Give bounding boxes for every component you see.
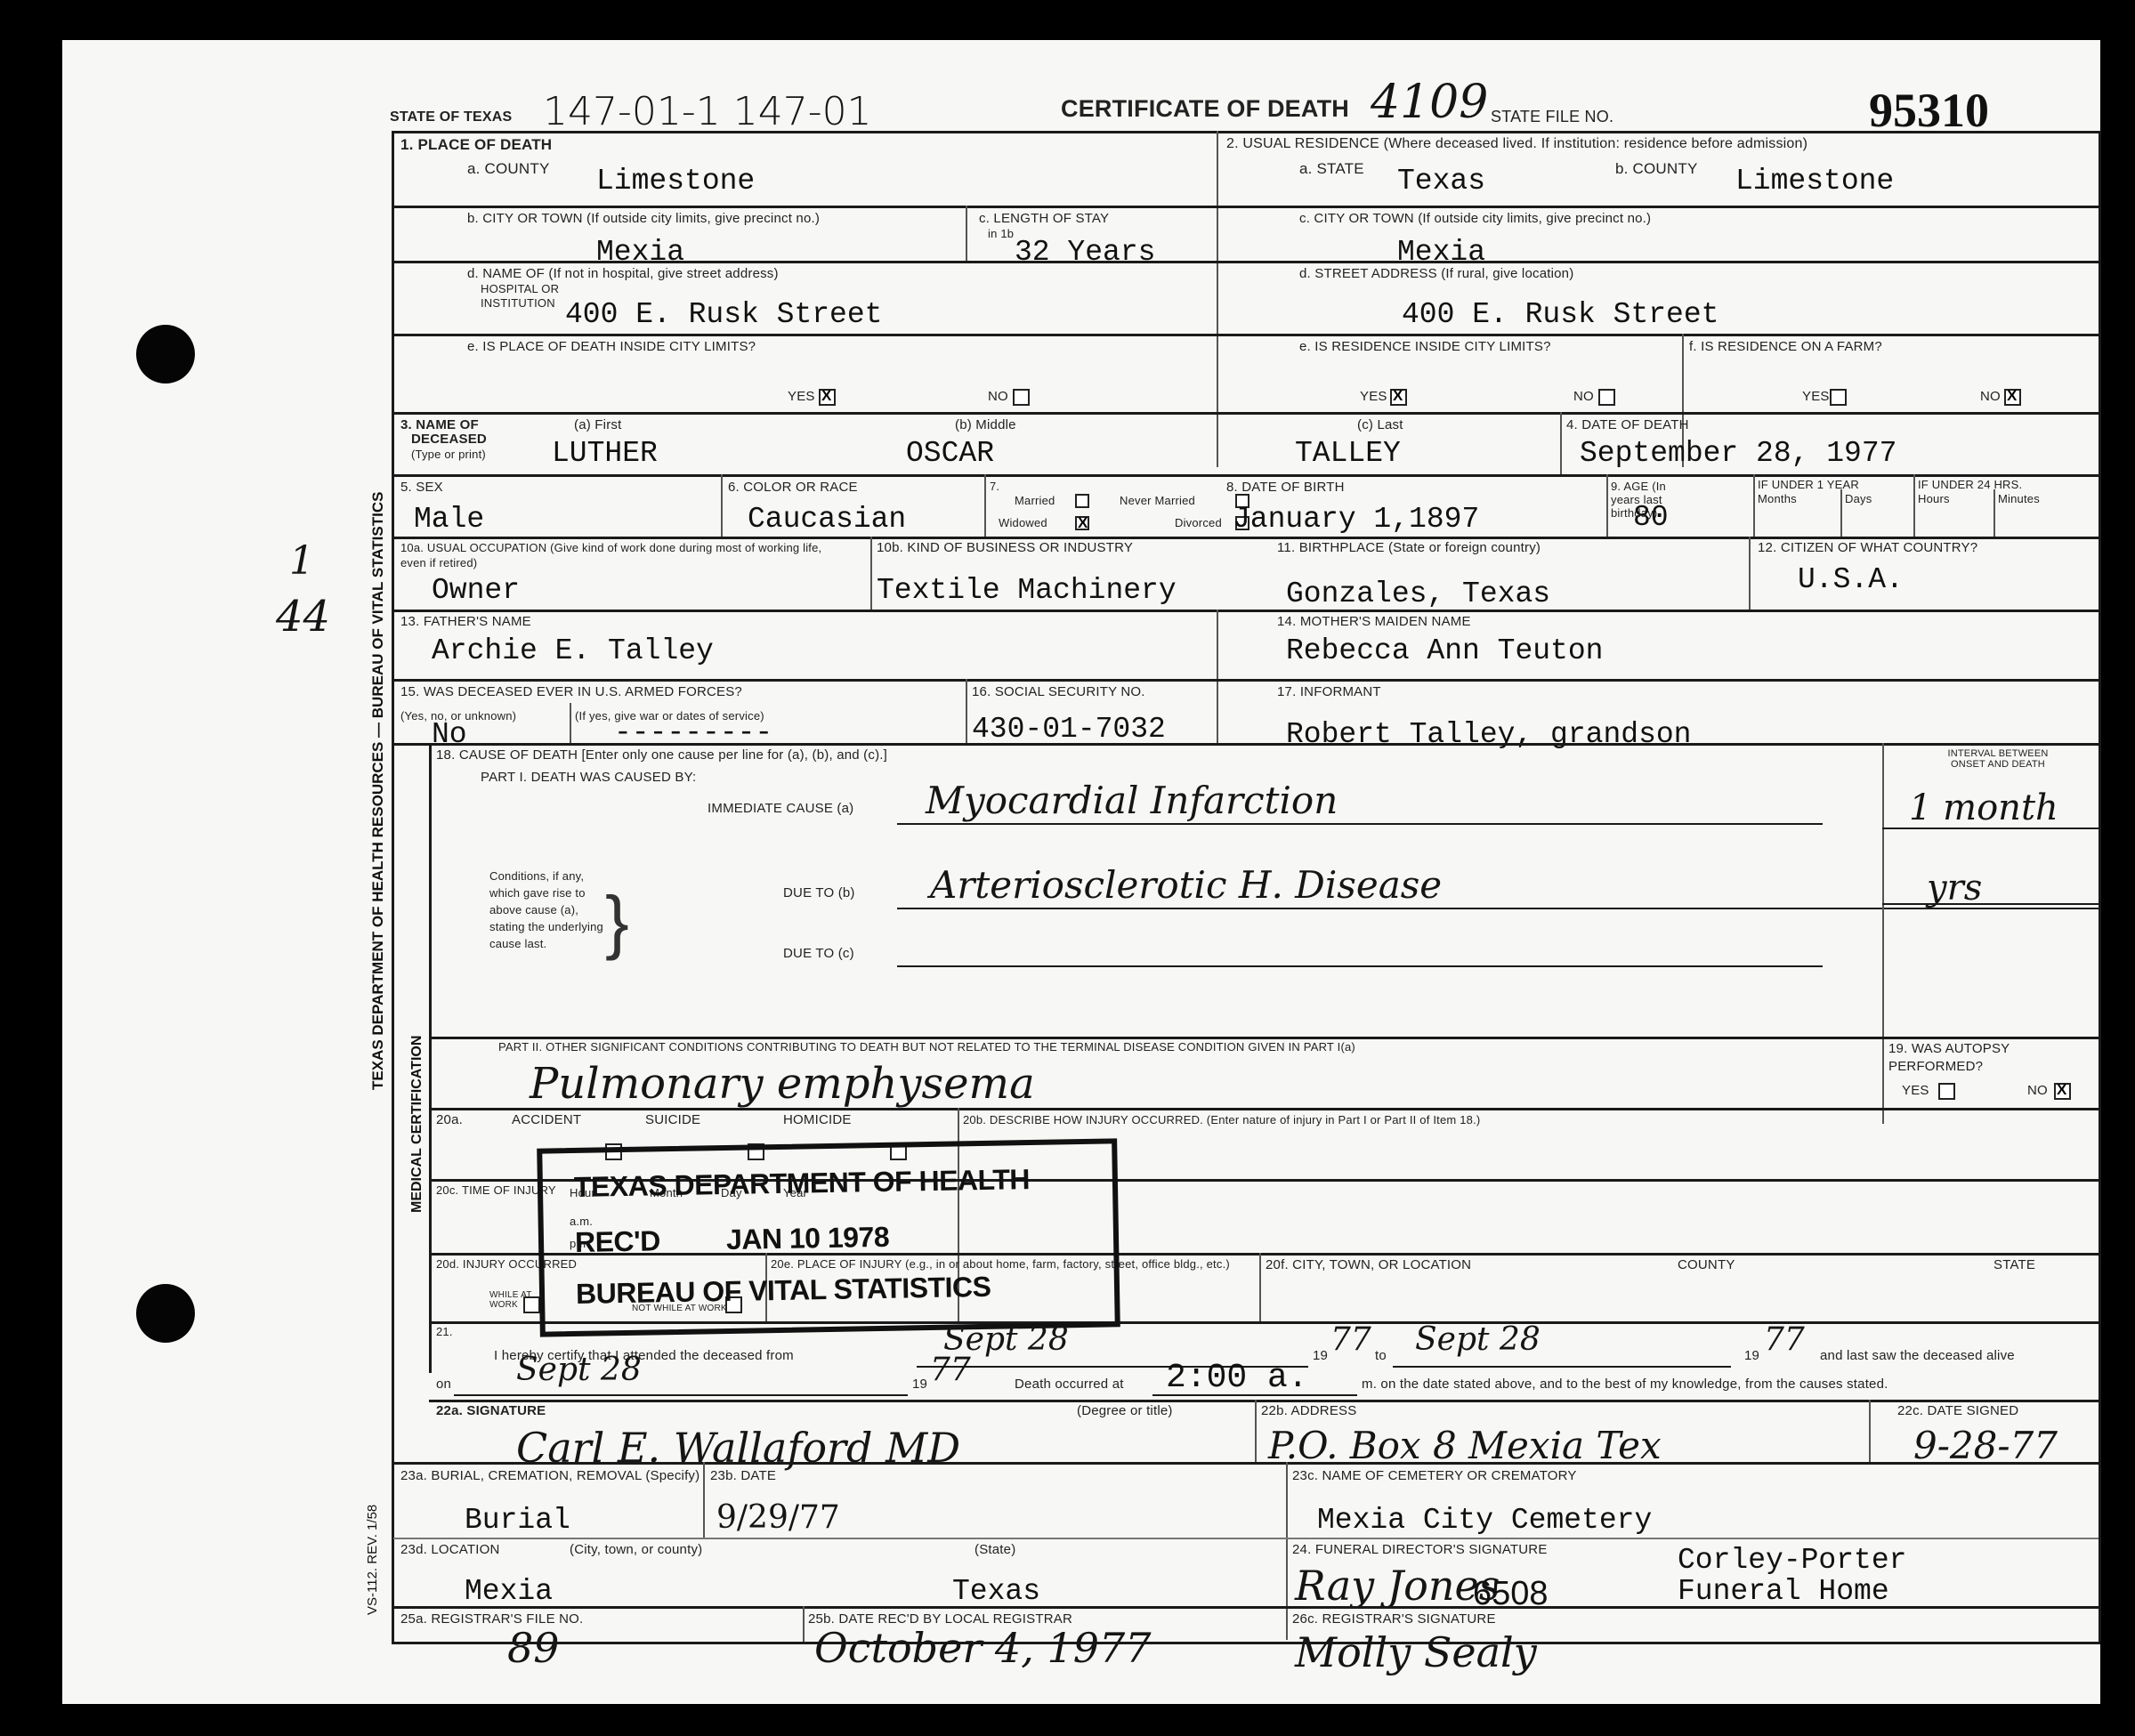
married-label: Married [1015,494,1055,507]
widowed-checkbox[interactable] [1075,516,1089,530]
death-inside-limits-no-checkbox[interactable] [1013,389,1030,406]
from-year-prefix: 19 [1313,1348,1328,1363]
no-label: NO [1980,389,2001,404]
death-county-value: Limestone [596,165,755,198]
under-24-hours-label: IF UNDER 24 HRS. [1918,478,2022,491]
handwritten-codes: 147-01-1 147-01 [543,89,872,134]
race-value: Caucasian [748,503,906,536]
attended-to-date: Sept 28 [1415,1321,1541,1358]
part1-label: PART I. DEATH WAS CAUSED BY: [481,770,696,785]
burial-location-sublabel: (City, town, or county) [570,1542,702,1557]
brace-icon: } [605,881,629,963]
yes-label: YES [788,389,815,404]
residence-inside-limits-yes-checkbox[interactable] [1390,389,1407,406]
ssn-label: 16. SOCIAL SECURITY NO. [972,684,1145,699]
ssn-value: 430-01-7032 [972,713,1166,746]
cemetery-label: 23c. NAME OF CEMETERY OR CREMATORY [1292,1468,1577,1483]
informant-label: 17. INFORMANT [1277,684,1381,699]
citizen-label: 12. CITIZEN OF WHAT COUNTRY? [1758,540,1977,555]
part2-value: Pulmonary emphysema [530,1059,1035,1109]
funeral-director-signature: Ray Jones [1295,1562,1500,1610]
county-label: a. COUNTY [467,160,549,178]
state-file-label: STATE FILE NO. [1491,108,1613,126]
last-name-label: (c) Last [1357,417,1403,432]
death-occurred-at-label: Death occurred at [1015,1377,1124,1392]
punch-hole [136,1284,195,1343]
degree-label: (Degree or title) [1077,1403,1173,1418]
name-label-3: (Type or print) [411,448,486,461]
days-label: Days [1845,492,1872,505]
attended-from-year: 77 [1330,1321,1371,1358]
last-seen-text: and last saw the deceased alive [1820,1348,2015,1363]
informant-value: Robert Talley, grandson [1286,718,1691,751]
autopsy-no-checkbox[interactable] [2054,1083,2071,1100]
minutes-label: Minutes [1998,492,2040,505]
burial-location-state: Texas [952,1575,1040,1608]
date-of-death-value: September 28, 1977 [1580,437,1896,470]
residence-county-label: b. COUNTY [1615,160,1697,178]
middle-name-label: (b) Middle [955,417,1016,432]
armed-forces-label: 15. WAS DECEASED EVER IN U.S. ARMED FORC… [400,684,742,699]
attended-to-year: 77 [1764,1321,1805,1358]
injury-county-label: COUNTY [1678,1257,1735,1272]
accident-label: ACCIDENT [512,1112,581,1127]
death-inside-limits-yes-checkbox[interactable] [819,389,836,406]
physician-address: P.O. Box 8 Mexia Tex [1268,1424,1662,1467]
to-year-prefix: 19 [1744,1348,1759,1363]
length-of-stay-prefix: in 1b [988,227,1014,240]
injury-state-label: STATE [1993,1257,2035,1272]
agency-vertical-text: TEXAS DEPARTMENT OF HEALTH RESOURCES — B… [369,492,387,1090]
residence-county-value: Limestone [1735,165,1894,198]
institution-value: 400 E. Rusk Street [565,298,882,331]
stamp-line-3: BUREAU OF VITAL STATISTICS [576,1271,991,1311]
registrar-file-value: 89 [507,1624,560,1672]
autopsy-yes-checkbox[interactable] [1938,1083,1955,1100]
to-label: to [1375,1348,1387,1363]
date-signed-label: 22c. DATE SIGNED [1897,1403,2018,1418]
farm-label: f. IS RESIDENCE ON A FARM? [1689,339,1882,354]
industry-value: Textile Machinery [877,574,1177,607]
burial-location-label: 23d. LOCATION [400,1542,500,1557]
form-number: VS-112. REV. 1/58 [365,1505,380,1615]
inside-limits-label: e. IS PLACE OF DEATH INSIDE CITY LIMITS? [467,339,756,354]
sex-value: Male [414,503,484,536]
due-to-b-label: DUE TO (b) [783,885,855,900]
certification-number: 21. [436,1325,453,1338]
length-of-stay-label: c. LENGTH OF STAY [979,211,1109,226]
injury-type-label: 20a. [436,1112,463,1127]
no-label: NO [1573,389,1594,404]
disposition-method-value: Burial [465,1504,570,1537]
interval-a-value: 1 month [1909,787,2058,828]
describe-injury-label: 20b. DESCRIBE HOW INJURY OCCURRED. (Ente… [963,1113,1480,1126]
death-time-value: 2:00 a. [1166,1359,1308,1397]
industry-label: 10b. KIND OF BUSINESS OR INDUSTRY [877,540,1133,555]
registrar-signature: Molly Sealy [1295,1628,1537,1676]
autopsy-yes-label: YES [1902,1083,1929,1098]
suicide-label: SUICIDE [645,1112,700,1127]
mother-name-value: Rebecca Ann Teuton [1286,634,1603,667]
birthplace-value: Gonzales, Texas [1286,577,1550,610]
residence-inside-limits-label: e. IS RESIDENCE INSIDE CITY LIMITS? [1299,339,1551,354]
last-name-value: TALLEY [1295,437,1401,470]
yes-label: YES [1360,389,1387,404]
street-address-value: 400 E. Rusk Street [1402,298,1719,331]
place-of-death-label: 1. PLACE OF DEATH [400,136,552,154]
homicide-label: HOMICIDE [783,1112,852,1127]
last-seen-year: 77 [930,1352,971,1388]
residence-city-value: Mexia [1397,236,1485,269]
institution-label: d. NAME OF (If not in hospital, give str… [467,266,779,281]
injury-location-label: 20f. CITY, TOWN, OR LOCATION [1266,1257,1471,1272]
father-name-label: 13. FATHER'S NAME [400,614,531,629]
stamp-line-1: TEXAS DEPARTMENT OF HEALTH [574,1163,1031,1204]
part2-label: PART II. OTHER SIGNIFICANT CONDITIONS CO… [498,1040,1355,1054]
yes-label: YES [1802,389,1830,404]
last-seen-date: Sept 28 [516,1352,642,1388]
stamp-received-date: JAN 10 1978 [726,1221,890,1256]
residence-city-label: c. CITY OR TOWN (If outside city limits,… [1299,211,1651,226]
immediate-cause-value: Myocardial Infarction [926,779,1338,822]
funeral-director-label: 24. FUNERAL DIRECTOR'S SIGNATURE [1292,1542,1548,1557]
institution-label-3: INSTITUTION [481,296,555,310]
name-label-2: DECEASED [411,432,487,447]
name-label: 3. NAME OF [400,417,479,432]
mother-name-label: 14. MOTHER'S MAIDEN NAME [1277,614,1471,629]
birthplace-label: 11. BIRTHPLACE (State or foreign country… [1277,540,1541,555]
received-stamp: TEXAS DEPARTMENT OF HEALTH REC'D JAN 10 … [537,1138,1120,1336]
medical-certification-label: MEDICAL CERTIFICATION [409,1036,425,1213]
autopsy-no-label: NO [2027,1083,2048,1098]
due-to-b-value: Arteriosclerotic H. Disease [930,863,1442,907]
due-to-c-label: DUE TO (c) [783,946,854,961]
burial-state-sublabel: (State) [974,1542,1015,1557]
date-of-death-label: 4. DATE OF DEATH [1566,417,1689,432]
widowed-label: Widowed [999,516,1047,529]
sex-label: 5. SEX [400,480,443,495]
cemetery-value: Mexia City Cemetery [1317,1504,1652,1537]
married-checkbox[interactable] [1075,494,1089,508]
hours-label: Hours [1918,492,1950,505]
punch-hole [136,325,195,384]
physician-signature-label: 22a. SIGNATURE [436,1403,546,1418]
marital-label: 7. [990,480,999,493]
death-city-value: Mexia [596,236,684,269]
no-label: NO [988,389,1008,404]
margin-note-1: 1 [289,538,314,584]
city-label: b. CITY OR TOWN (If outside city limits,… [467,211,820,226]
age-value: 80 [1633,501,1669,534]
never-married-label: Never Married [1120,494,1195,507]
under-one-year-label: IF UNDER 1 YEAR [1758,478,1859,491]
state-file-number: 95310 [1869,83,1989,138]
on-year-prefix: 19 [912,1377,927,1392]
margin-note-2: 44 [276,592,330,642]
while-at-work-checkbox[interactable] [523,1296,540,1313]
interval-label: INTERVAL BETWEEN ONSET AND DEATH [1936,748,2060,770]
occupation-value: Owner [432,574,520,607]
dob-label: 8. DATE OF BIRTH [1226,480,1345,495]
physician-address-label: 22b. ADDRESS [1261,1403,1356,1418]
certificate-title: CERTIFICATE OF DEATH [1061,95,1349,123]
institution-label-2: HOSPITAL OR [481,282,559,295]
registrar-date-value: October 4, 1977 [814,1624,1152,1672]
registrar-signature-label: 26c. REGISTRAR'S SIGNATURE [1292,1611,1496,1627]
residence-state-label: a. STATE [1299,160,1364,178]
residence-state-value: Texas [1397,165,1485,198]
usual-residence-label: 2. USUAL RESIDENCE (Where deceased lived… [1226,136,1807,152]
immediate-cause-label: IMMEDIATE CAUSE (a) [708,801,853,816]
state-of-texas-label: STATE OF TEXAS [390,109,512,125]
street-address-label: d. STREET ADDRESS (If rural, give locati… [1299,266,1573,281]
death-certificate-page: TEXAS DEPARTMENT OF HEALTH RESOURCES — B… [62,40,2100,1704]
stamp-received-label: REC'D [575,1224,660,1259]
disposition-method-label: 23a. BURIAL, CREMATION, REMOVAL (Specify… [400,1468,700,1483]
conditions-note: Conditions, if any, which gave rise to a… [489,868,614,952]
handwritten-local-number: 4109 [1371,76,1488,129]
dob-value: January 1,1897 [1233,503,1479,536]
armed-forces-value: No [432,718,467,751]
farm-no-checkbox[interactable] [2004,389,2021,406]
on-label: on [436,1377,451,1392]
father-name-value: Archie E. Talley [432,634,714,667]
date-signed-value: 9-28-77 [1913,1424,2058,1467]
race-label: 6. COLOR OR RACE [728,480,858,495]
residence-inside-limits-no-checkbox[interactable] [1598,389,1615,406]
citizen-value: U.S.A. [1798,563,1904,596]
funeral-home-line-2: Funeral Home [1678,1575,1889,1608]
divorced-label: Divorced [1175,516,1222,529]
burial-location-city: Mexia [465,1575,553,1608]
first-name-label: (a) First [574,417,621,432]
first-name-value: LUTHER [552,437,658,470]
cause-of-death-label: 18. CAUSE OF DEATH [Enter only one cause… [436,747,887,763]
autopsy-label: 19. WAS AUTOPSY PERFORMED? [1888,1040,2093,1076]
farm-yes-checkbox[interactable] [1830,389,1847,406]
disposition-date-label: 23b. DATE [710,1468,776,1483]
disposition-date-value: 9/29/77 [716,1499,840,1536]
funeral-home-line-1: Corley-Porter [1678,1544,1906,1577]
death-time-statement: m. on the date stated above, and to the … [1362,1377,1888,1392]
occupation-label: 10a. USUAL OCCUPATION (Give kind of work… [400,540,837,570]
length-of-stay-value: 32 Years [1015,236,1155,269]
middle-name-value: OSCAR [906,437,994,470]
months-label: Months [1758,492,1797,505]
